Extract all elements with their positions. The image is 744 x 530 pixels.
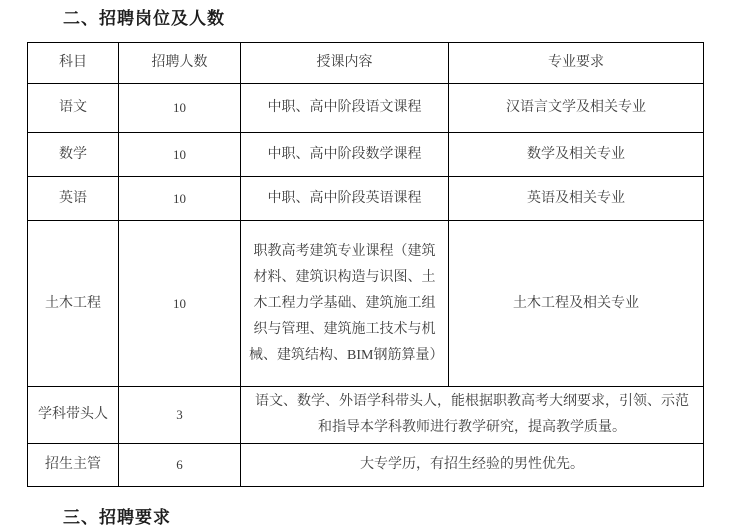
cell-requirement: 数学及相关专业	[449, 133, 704, 177]
table-row-subject-leader: 学科带头人 3 语文、数学、外语学科带头人，能根据职教高考大纲要求，引领、示范和…	[28, 387, 704, 444]
cell-content: 中职、高中阶段语文课程	[241, 84, 449, 133]
header-requirement: 专业要求	[449, 43, 704, 84]
cell-content: 职教高考建筑专业课程（建筑材料、建筑识构造与识图、土木工程力学基础、建筑施工组织…	[241, 221, 449, 387]
section-heading-requirements: 三、招聘要求	[63, 507, 744, 529]
table-row-civil-engineering: 土木工程 10 职教高考建筑专业课程（建筑材料、建筑识构造与识图、土木工程力学基…	[28, 221, 704, 387]
cell-count: 10	[119, 84, 241, 133]
cell-subject: 数学	[28, 133, 119, 177]
cell-subject: 土木工程	[28, 221, 119, 387]
cell-count: 10	[119, 133, 241, 177]
header-content: 授课内容	[241, 43, 449, 84]
cell-merged-description: 语文、数学、外语学科带头人，能根据职教高考大纲要求，引领、示范和指导本学科教师进…	[241, 387, 704, 444]
table-row-admissions-supervisor: 招生主管 6 大专学历，有招生经验的男性优先。	[28, 444, 704, 487]
cell-content: 中职、高中阶段数学课程	[241, 133, 449, 177]
cell-merged-description: 大专学历，有招生经验的男性优先。	[241, 444, 704, 487]
document-page: 二、招聘岗位及人数 科目 招聘人数 授课内容 专业要求 语文 10 中职、高中阶…	[0, 0, 744, 530]
cell-subject: 英语	[28, 177, 119, 221]
section-heading-positions: 二、招聘岗位及人数	[63, 0, 744, 30]
cell-count: 10	[119, 177, 241, 221]
cell-requirement: 英语及相关专业	[449, 177, 704, 221]
cell-content: 中职、高中阶段英语课程	[241, 177, 449, 221]
cell-subject: 招生主管	[28, 444, 119, 487]
cell-count: 3	[119, 387, 241, 444]
table-row-math: 数学 10 中职、高中阶段数学课程 数学及相关专业	[28, 133, 704, 177]
cell-subject: 学科带头人	[28, 387, 119, 444]
header-count: 招聘人数	[119, 43, 241, 84]
cell-count: 6	[119, 444, 241, 487]
header-subject: 科目	[28, 43, 119, 84]
cell-subject: 语文	[28, 84, 119, 133]
cell-requirement: 土木工程及相关专业	[449, 221, 704, 387]
recruitment-table: 科目 招聘人数 授课内容 专业要求 语文 10 中职、高中阶段语文课程 汉语言文…	[27, 42, 704, 487]
cell-count: 10	[119, 221, 241, 387]
cell-requirement: 汉语言文学及相关专业	[449, 84, 704, 133]
table-row-chinese: 语文 10 中职、高中阶段语文课程 汉语言文学及相关专业	[28, 84, 704, 133]
table-header-row: 科目 招聘人数 授课内容 专业要求	[28, 43, 704, 84]
table-row-english: 英语 10 中职、高中阶段英语课程 英语及相关专业	[28, 177, 704, 221]
